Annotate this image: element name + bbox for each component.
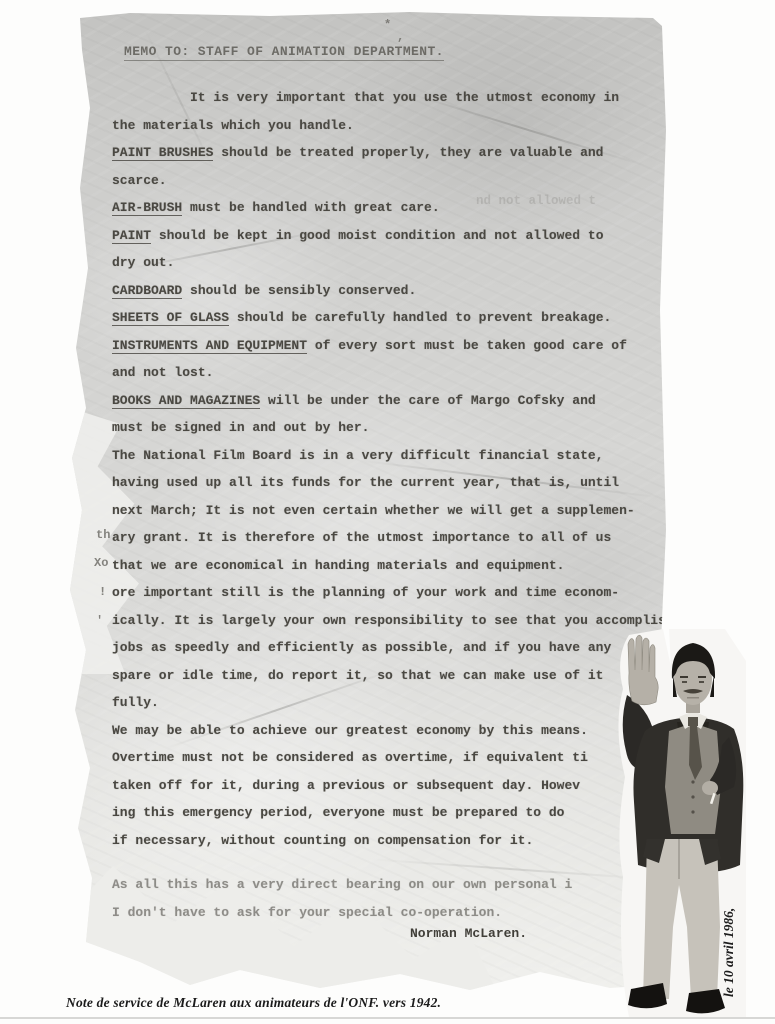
mouth	[687, 697, 699, 699]
underlined-term: INSTRUMENTS AND EQUIPMENT	[112, 338, 307, 354]
underlined-term: PAINT BRUSHES	[112, 145, 213, 161]
memo-line-text: ore important still is the planning of y…	[112, 585, 619, 600]
memo-line: scarce.	[112, 167, 712, 195]
eyebrow	[698, 676, 706, 678]
memo-line: dry out.	[112, 249, 712, 277]
memo-line: AIR-BRUSH must be handled with great car…	[112, 194, 712, 222]
memo-line-text: if necessary, without counting on compen…	[112, 833, 533, 848]
memo-line-text: should be kept in good moist condition a…	[151, 228, 603, 243]
memo-line: It is very important that you use the ut…	[112, 84, 712, 112]
memo-line: PAINT should be kept in good moist condi…	[112, 222, 712, 250]
memo-line-text: that we are economical in handing materi…	[112, 558, 564, 573]
underlined-term: CARDBOARD	[112, 283, 182, 299]
memo-line: must be signed in and out by her.	[112, 414, 712, 442]
memo-line: next March; It is not even certain wheth…	[112, 497, 712, 525]
eye	[699, 681, 704, 683]
memo-heading: MEMO TO: STAFF OF ANIMATION DEPARTMENT.	[124, 44, 444, 61]
memo-line-text: As all this has a very direct bearing on…	[112, 877, 572, 892]
memo-line-text: next March; It is not even certain wheth…	[112, 503, 635, 518]
memo-line: ore important still is the planning of y…	[112, 579, 712, 607]
trouser-crease	[678, 839, 680, 879]
memo-line: CARDBOARD should be sensibly conserved.	[112, 277, 712, 305]
memo-line: PAINT BRUSHES should be treated properly…	[112, 139, 712, 167]
memo-line-text: taken off for it, during a previous or s…	[112, 778, 580, 793]
memo-line-text: ary grant. It is therefore of the utmost…	[112, 530, 611, 545]
memo-line-text: I don't have to ask for your special co-…	[112, 905, 502, 920]
memo-line: ary grant. It is therefore of the utmost…	[112, 524, 712, 552]
memo-line-text: must be handled with great care.	[182, 200, 439, 215]
caption: Note de service de McLaren aux animateur…	[66, 995, 441, 1011]
memo-line-text: the materials which you handle.	[112, 118, 354, 133]
memo-line-text: fully.	[112, 695, 159, 710]
memo-line: The National Film Board is in a very dif…	[112, 442, 712, 470]
memo-line-text: jobs as speedly and efficiently as possi…	[112, 640, 611, 655]
memo-line-text: spare or idle time, do report it, so tha…	[112, 668, 603, 683]
memo-line-text: should be carefully handled to prevent b…	[229, 310, 611, 325]
memo-line-text: and not lost.	[112, 365, 213, 380]
underlined-term: BOOKS AND MAGAZINES	[112, 393, 260, 409]
memo-line-text: ically. It is largely your own responsib…	[112, 613, 674, 628]
memo-line: SHEETS OF GLASS should be carefully hand…	[112, 304, 712, 332]
photo-date-vertical: le 10 avril 1986,	[721, 845, 738, 997]
vest-button	[691, 795, 694, 798]
eye	[682, 681, 687, 683]
shoe	[686, 989, 725, 1013]
memo-signature: Norman McLaren.	[410, 926, 527, 941]
memo-line-text: It is very important that you use the ut…	[190, 90, 619, 105]
memo-paper: MEMO TO: STAFF OF ANIMATION DEPARTMENT. …	[70, 10, 668, 995]
memo-line-text: must be signed in and out by her.	[112, 420, 369, 435]
memo-line-text: We may be able to achieve our greatest e…	[112, 723, 588, 738]
memo-line-text: should be treated properly, they are val…	[213, 145, 603, 160]
vest-button	[691, 780, 694, 783]
memo-line: that we are economical in handing materi…	[112, 552, 712, 580]
left-hand	[702, 781, 718, 795]
tie-knot	[688, 717, 698, 726]
memo-line-text: ing this emergency period, everyone must…	[112, 805, 564, 820]
underlined-term: AIR-BRUSH	[112, 200, 182, 216]
memo-line-text: Overtime must not be considered as overt…	[112, 750, 588, 765]
memo-line: INSTRUMENTS AND EQUIPMENT of every sort …	[112, 332, 712, 360]
underlined-term: PAINT	[112, 228, 151, 244]
memo-line: the materials which you handle.	[112, 112, 712, 140]
memo-line-text: dry out.	[112, 255, 174, 270]
scanned-book-page: MEMO TO: STAFF OF ANIMATION DEPARTMENT. …	[0, 0, 775, 1024]
raised-hand	[628, 635, 658, 705]
memo-line-text: will be under the care of Margo Cofsky a…	[260, 393, 595, 408]
memo-line-text: having used up all its funds for the cur…	[112, 475, 619, 490]
underlined-term: SHEETS OF GLASS	[112, 310, 229, 326]
memo-line: and not lost.	[112, 359, 712, 387]
memo-line-text: should be sensibly conserved.	[182, 283, 416, 298]
memo-line: having used up all its funds for the cur…	[112, 469, 712, 497]
memo-line-text: of every sort must be taken good care of	[307, 338, 627, 353]
memo-line-text: The National Film Board is in a very dif…	[112, 448, 603, 463]
memo-line: BOOKS AND MAGAZINES will be under the ca…	[112, 387, 712, 415]
memo-line-text: scarce.	[112, 173, 167, 188]
vest-button	[691, 810, 694, 813]
eyebrow	[680, 676, 688, 678]
footer-rule	[0, 1017, 775, 1019]
